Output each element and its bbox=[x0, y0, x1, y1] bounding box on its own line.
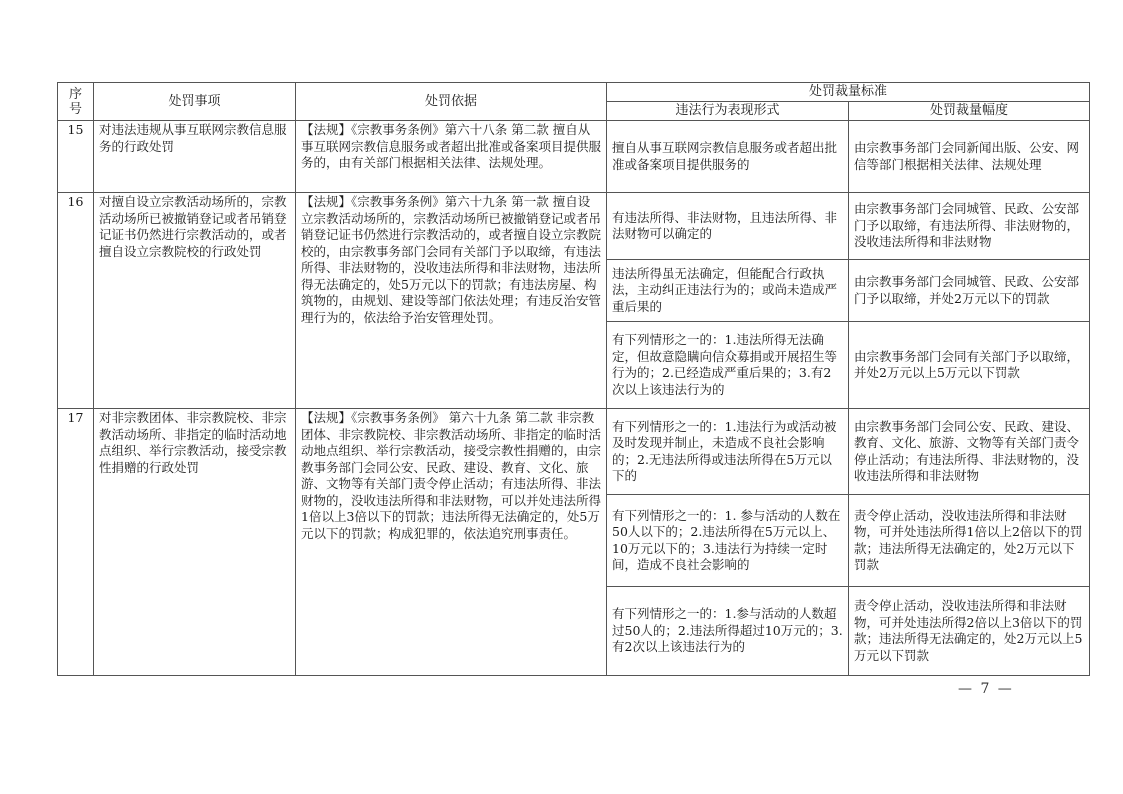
cell-behavior: 违法所得虽无法确定，但能配合行政执法，主动纠正违法行为的；或尚未造成严重后果的 bbox=[607, 260, 849, 322]
cell-item: 对擅自设立宗教活动场所的，宗教活动场所已被撤销登记或者吊销登记证书仍然进行宗教活… bbox=[94, 193, 296, 409]
header-basis: 处罚依据 bbox=[296, 83, 607, 121]
cell-behavior: 有下列情形之一的：1.参与活动的人数超过50人的；2.违法所得超过10万元的；3… bbox=[607, 587, 849, 676]
cell-behavior: 有下列情形之一的：1.违法所得无法确定，但故意隐瞒向信众募捐或开展招生等行为的；… bbox=[607, 322, 849, 409]
cell-behavior: 有违法所得、非法财物，且违法所得、非法财物可以确定的 bbox=[607, 193, 849, 260]
header-item: 处罚事项 bbox=[94, 83, 296, 121]
cell-basis: 【法规】《宗教事务条例》 第六十九条 第二款 非宗教团体、非宗教院校、非宗教活动… bbox=[296, 409, 607, 676]
cell-range: 由宗教事务部门会同有关部门予以取缔，并处2万元以上5万元以下罚款 bbox=[849, 322, 1090, 409]
document-page: 序号 处罚事项 处罚依据 处罚裁量标准 违法行为表现形式 处罚裁量幅度 15 对… bbox=[0, 0, 1123, 794]
page-number: — 7 — bbox=[958, 681, 1014, 697]
cell-seq: 15 bbox=[58, 121, 94, 193]
header-behavior: 违法行为表现形式 bbox=[607, 102, 849, 121]
cell-range: 责令停止活动，没收违法所得和非法财物，可并处违法所得2倍以上3倍以下的罚款；违法… bbox=[849, 587, 1090, 676]
cell-range: 责令停止活动，没收违法所得和非法财物，可并处违法所得1倍以上2倍以下的罚款；违法… bbox=[849, 495, 1090, 587]
table-row-17: 17 对非宗教团体、非宗教院校、非宗教活动场所、非指定的临时活动地点组织、举行宗… bbox=[58, 409, 1090, 495]
cell-range: 由宗教事务部门会同城管、民政、公安部门予以取缔，有违法所得、非法财物的，没收违法… bbox=[849, 193, 1090, 260]
cell-basis: 【法规】《宗教事务条例》第六十八条 第二款 擅自从事互联网宗教信息服务或者超出批… bbox=[296, 121, 607, 193]
header-standard-group: 处罚裁量标准 bbox=[607, 83, 1090, 102]
header-range: 处罚裁量幅度 bbox=[849, 102, 1090, 121]
cell-item: 对非宗教团体、非宗教院校、非宗教活动场所、非指定的临时活动地点组织、举行宗教活动… bbox=[94, 409, 296, 676]
cell-behavior: 有下列情形之一的：1. 参与活动的人数在50人以下的；2.违法所得在5万元以上、… bbox=[607, 495, 849, 587]
cell-seq: 17 bbox=[58, 409, 94, 676]
penalty-discretion-table: 序号 处罚事项 处罚依据 处罚裁量标准 违法行为表现形式 处罚裁量幅度 15 对… bbox=[57, 82, 1090, 676]
cell-behavior: 擅自从事互联网宗教信息服务或者超出批准或备案项目提供服务的 bbox=[607, 121, 849, 193]
cell-basis: 【法规】《宗教事务条例》第六十九条 第一款 擅自设立宗教活动场所的，宗教活动场所… bbox=[296, 193, 607, 409]
header-seq: 序号 bbox=[58, 83, 94, 121]
cell-range: 由宗教事务部门会同城管、民政、公安部门予以取缔，并处2万元以下的罚款 bbox=[849, 260, 1090, 322]
cell-seq: 16 bbox=[58, 193, 94, 409]
cell-range: 由宗教事务部门会同公安、民政、建设、教育、文化、旅游、文物等有关部门责令停止活动… bbox=[849, 409, 1090, 495]
cell-range: 由宗教事务部门会同新闻出版、公安、网信等部门根据相关法律、法规处理 bbox=[849, 121, 1090, 193]
cell-behavior: 有下列情形之一的：1.违法行为或活动被及时发现并制止，未造成不良社会影响的；2.… bbox=[607, 409, 849, 495]
table-row-15: 15 对违法违规从事互联网宗教信息服务的行政处罚 【法规】《宗教事务条例》第六十… bbox=[58, 121, 1090, 193]
table-row-16: 16 对擅自设立宗教活动场所的，宗教活动场所已被撤销登记或者吊销登记证书仍然进行… bbox=[58, 193, 1090, 260]
cell-item: 对违法违规从事互联网宗教信息服务的行政处罚 bbox=[94, 121, 296, 193]
